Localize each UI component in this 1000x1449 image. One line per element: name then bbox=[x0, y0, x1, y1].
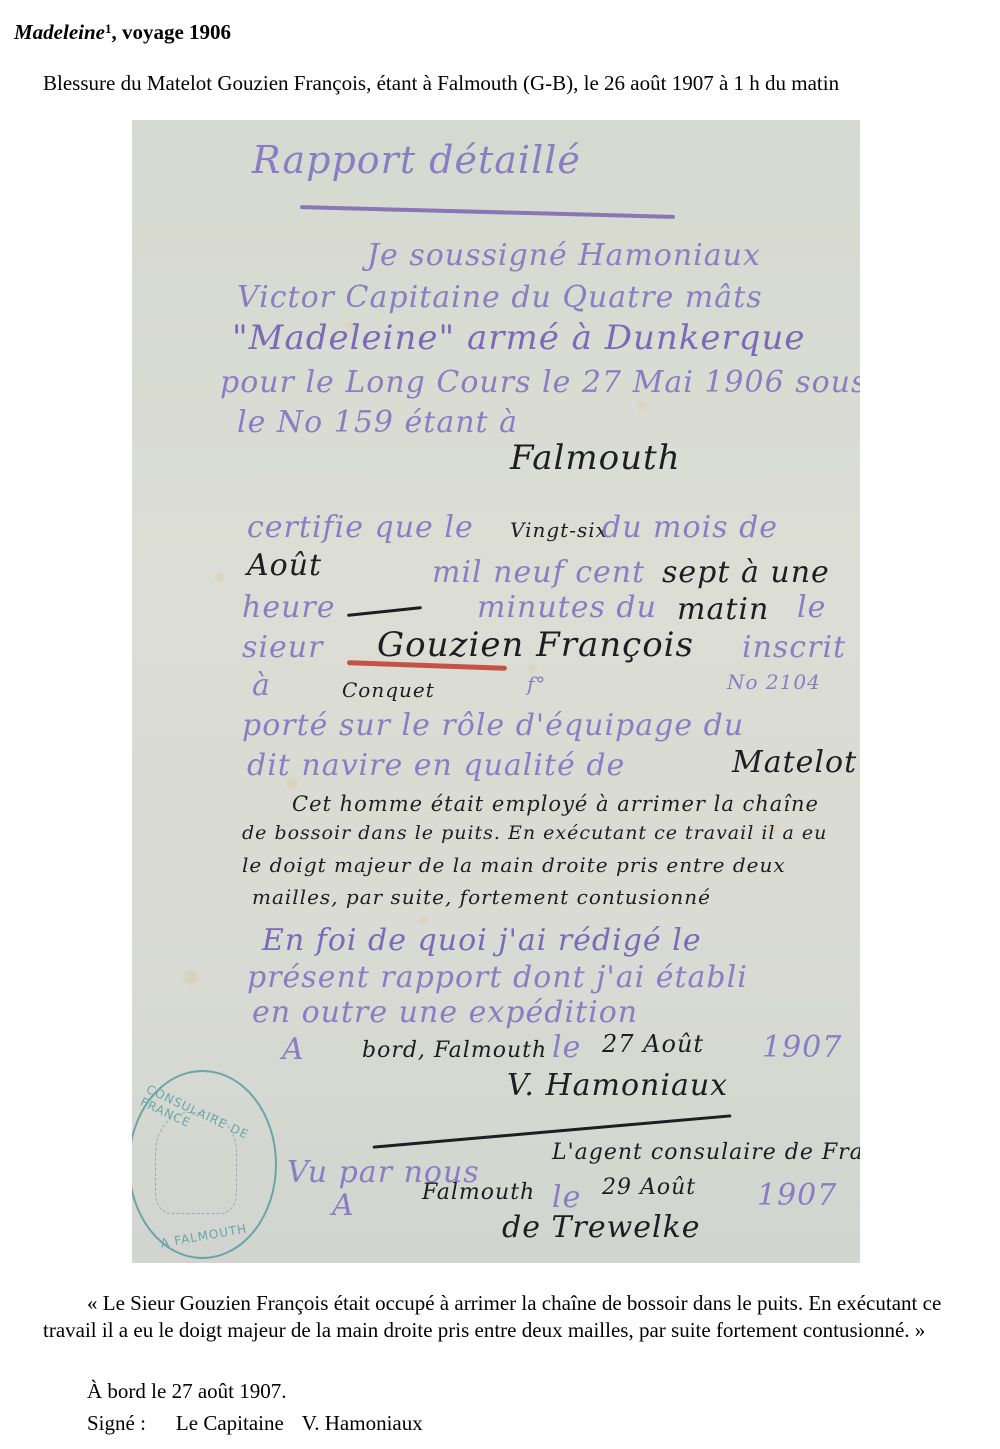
consular-stamp: CONSULAIRE DE FRANCE A FALMOUTH bbox=[132, 1070, 277, 1259]
handwritten-line: Vingt-six bbox=[510, 518, 608, 542]
handwritten-line: du mois de bbox=[602, 510, 778, 545]
handwritten-line: 27 Août bbox=[602, 1030, 704, 1058]
signed-label: Signé : bbox=[87, 1411, 146, 1435]
scanned-report-image: Rapport détaillé Je soussigné Hamoniaux … bbox=[132, 120, 860, 1263]
handwritten-line: f° bbox=[527, 672, 546, 696]
handwritten-line: mil neuf cent bbox=[432, 555, 645, 590]
handwritten-line: le bbox=[552, 1030, 581, 1065]
ship-name: Madeleine bbox=[14, 20, 105, 44]
transcription-quote: « Le Sieur Gouzien François était occupé… bbox=[43, 1290, 951, 1344]
handwritten-line: Rapport détaillé bbox=[252, 138, 581, 182]
title-underline bbox=[300, 205, 675, 219]
handwritten-line: 29 Août bbox=[602, 1175, 696, 1200]
handwritten-line: Falmouth bbox=[510, 438, 681, 478]
handwritten-line: Août bbox=[247, 548, 322, 583]
handwritten-line: "Madeleine" armé à Dunkerque bbox=[232, 318, 806, 358]
handwritten-line: présent rapport dont j'ai établi bbox=[247, 960, 748, 995]
handwritten-line: le No 159 étant à bbox=[237, 405, 518, 440]
handwritten-line: A bbox=[282, 1032, 305, 1067]
handwritten-line: bord, Falmouth bbox=[362, 1038, 547, 1063]
handwritten-line: En foi de quoi j'ai rédigé le bbox=[262, 923, 702, 958]
handwritten-line: 1907 bbox=[762, 1030, 842, 1065]
handwritten-line: Falmouth bbox=[422, 1180, 535, 1205]
handwritten-line: sept à une bbox=[662, 555, 830, 590]
handwritten-line: mailles, par suite, fortement contusionn… bbox=[252, 885, 711, 909]
handwritten-line: Conquet bbox=[342, 678, 435, 702]
document-title: Madeleine1, voyage 1906 bbox=[14, 14, 231, 47]
handwritten-line: pour le Long Cours le 27 Mai 1906 sous bbox=[220, 365, 860, 400]
handwritten-line: minutes du bbox=[477, 590, 657, 625]
signer-name: V. Hamoniaux bbox=[302, 1411, 423, 1435]
consul-signature: de Trewelke bbox=[502, 1210, 701, 1245]
handwritten-line: inscrit bbox=[742, 630, 846, 665]
handwritten-line: en outre une expédition bbox=[252, 995, 638, 1030]
captain-signature: V. Hamoniaux bbox=[507, 1068, 728, 1103]
transcription-signature: Signé :Le CapitaineV. Hamoniaux bbox=[87, 1410, 995, 1437]
handwritten-line: de bossoir dans le puits. En exécutant c… bbox=[242, 822, 827, 844]
handwritten-line: matin bbox=[677, 592, 769, 627]
handwritten-line: porté sur le rôle d'équipage du bbox=[242, 708, 744, 743]
blank-dash bbox=[347, 606, 422, 617]
handwritten-line: à bbox=[252, 668, 271, 703]
stamp-figure-icon bbox=[155, 1112, 237, 1214]
handwritten-line: Cet homme était employé à arrimer la cha… bbox=[292, 792, 819, 816]
stamp-bottom-text: A FALMOUTH bbox=[159, 1221, 248, 1250]
handwritten-line: Victor Capitaine du Quatre mâts bbox=[237, 280, 763, 315]
document-subtitle: Blessure du Matelot Gouzien François, ét… bbox=[43, 68, 839, 98]
handwritten-line: Je soussigné Hamoniaux bbox=[367, 238, 761, 273]
signer-role: Le Capitaine bbox=[176, 1411, 284, 1435]
handwritten-line: No 2104 bbox=[727, 670, 821, 694]
handwritten-line: Gouzien François bbox=[377, 625, 694, 665]
transcription-place-date: À bord le 27 août 1907. bbox=[87, 1378, 995, 1405]
handwritten-line: A bbox=[332, 1188, 355, 1223]
handwritten-line: 1907 bbox=[757, 1178, 837, 1213]
handwritten-line: dit navire en qualité de bbox=[247, 748, 625, 783]
handwritten-line: le doigt majeur de la main droite pris e… bbox=[242, 853, 786, 877]
handwritten-line: le bbox=[797, 590, 826, 625]
handwritten-line: sieur bbox=[242, 630, 323, 665]
handwritten-line: L'agent consulaire de France bbox=[552, 1140, 860, 1165]
handwritten-line: certifie que le bbox=[247, 510, 474, 545]
handwritten-line: heure bbox=[242, 590, 336, 625]
handwritten-line: Matelot bbox=[732, 745, 857, 780]
title-rest: , voyage 1906 bbox=[111, 20, 231, 44]
